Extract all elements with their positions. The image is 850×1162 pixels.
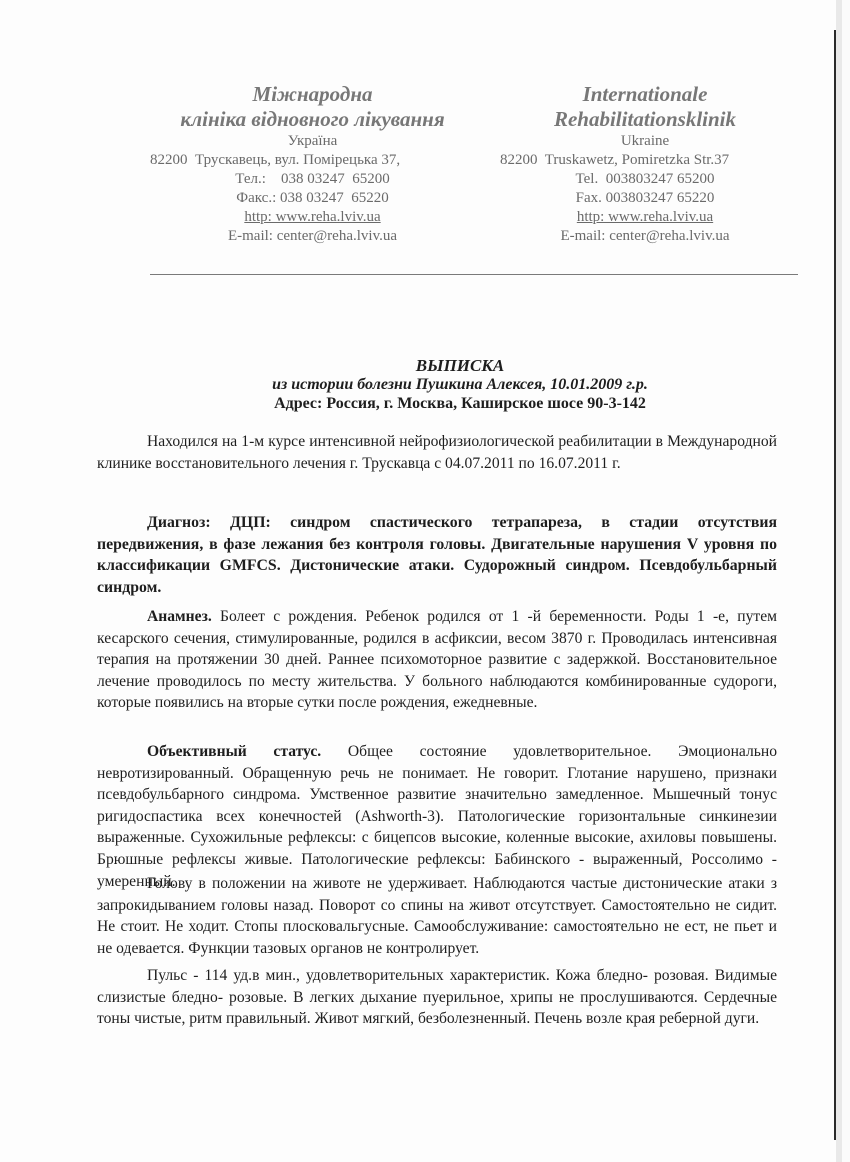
scan-page-border bbox=[834, 30, 836, 1140]
address-de: 82200 Truskawetz, Pomiretzka Str.37 bbox=[500, 151, 790, 170]
vitals-paragraph: Пульс - 114 уд.в мин., удовлетворительны… bbox=[97, 965, 777, 1030]
letterhead-divider bbox=[150, 274, 798, 275]
phone-de: Tel. 003803247 65200 bbox=[500, 170, 790, 189]
clinic-name-line2-uk: клініка відновного лікування bbox=[150, 107, 475, 132]
address-uk: 82200 Трускавець, вул. Помірецька 37, bbox=[150, 151, 475, 170]
diagnosis-paragraph: Диагноз: ДЦП: синдром спастического тетр… bbox=[97, 512, 777, 598]
scan-edge-shadow bbox=[836, 0, 842, 1162]
email-uk[interactable]: E-mail: center@reha.lviv.ua bbox=[150, 227, 475, 246]
fax-uk: Факс.: 038 03247 65220 bbox=[150, 189, 475, 208]
stay-paragraph: Находился на 1-м курсе интенсивной нейро… bbox=[97, 431, 777, 474]
objective-status-text: Общее состояние удовлетворительное. Эмоц… bbox=[97, 743, 777, 890]
phone-uk: Тел.: 038 03247 65200 bbox=[150, 170, 475, 189]
objective-status-label: Объективный статус. bbox=[147, 743, 321, 760]
scanned-page: Міжнародна клініка відновного лікування … bbox=[0, 0, 842, 1162]
document-heading: ВЫПИСКА из истории болезни Пушкина Алекс… bbox=[150, 356, 770, 413]
document-subtitle: из истории болезни Пушкина Алексея, 10.0… bbox=[150, 375, 770, 394]
letterhead-german: Internationale Rehabilitationsklinik Ukr… bbox=[500, 82, 790, 246]
country-de: Ukraine bbox=[500, 132, 790, 151]
anamnesis-label: Анамнез. bbox=[147, 608, 212, 625]
anamnesis-paragraph: Анамнез. Болеет с рождения. Ребенок роди… bbox=[97, 606, 777, 714]
country-uk: Україна bbox=[150, 132, 475, 151]
clinic-name-line1-de: Internationale bbox=[500, 82, 790, 107]
clinic-name-line2-de: Rehabilitationsklinik bbox=[500, 107, 790, 132]
letterhead-ukrainian: Міжнародна клініка відновного лікування … bbox=[150, 82, 475, 246]
email-de[interactable]: E-mail: center@reha.lviv.ua bbox=[500, 227, 790, 246]
patient-address: Адрес: Россия, г. Москва, Каширское шосе… bbox=[150, 394, 770, 413]
website-link-de[interactable]: http: www.reha.lviv.ua bbox=[500, 208, 790, 227]
website-link-uk[interactable]: http: www.reha.lviv.ua bbox=[150, 208, 475, 227]
document-title: ВЫПИСКА bbox=[150, 356, 770, 375]
fax-de: Fax. 003803247 65220 bbox=[500, 189, 790, 208]
clinic-name-line1-uk: Міжнародна bbox=[150, 82, 475, 107]
objective-status-paragraph: Объективный статус. Общее состояние удов… bbox=[97, 741, 777, 892]
motor-function-paragraph: Голову в положении на животе не удержива… bbox=[97, 873, 777, 959]
